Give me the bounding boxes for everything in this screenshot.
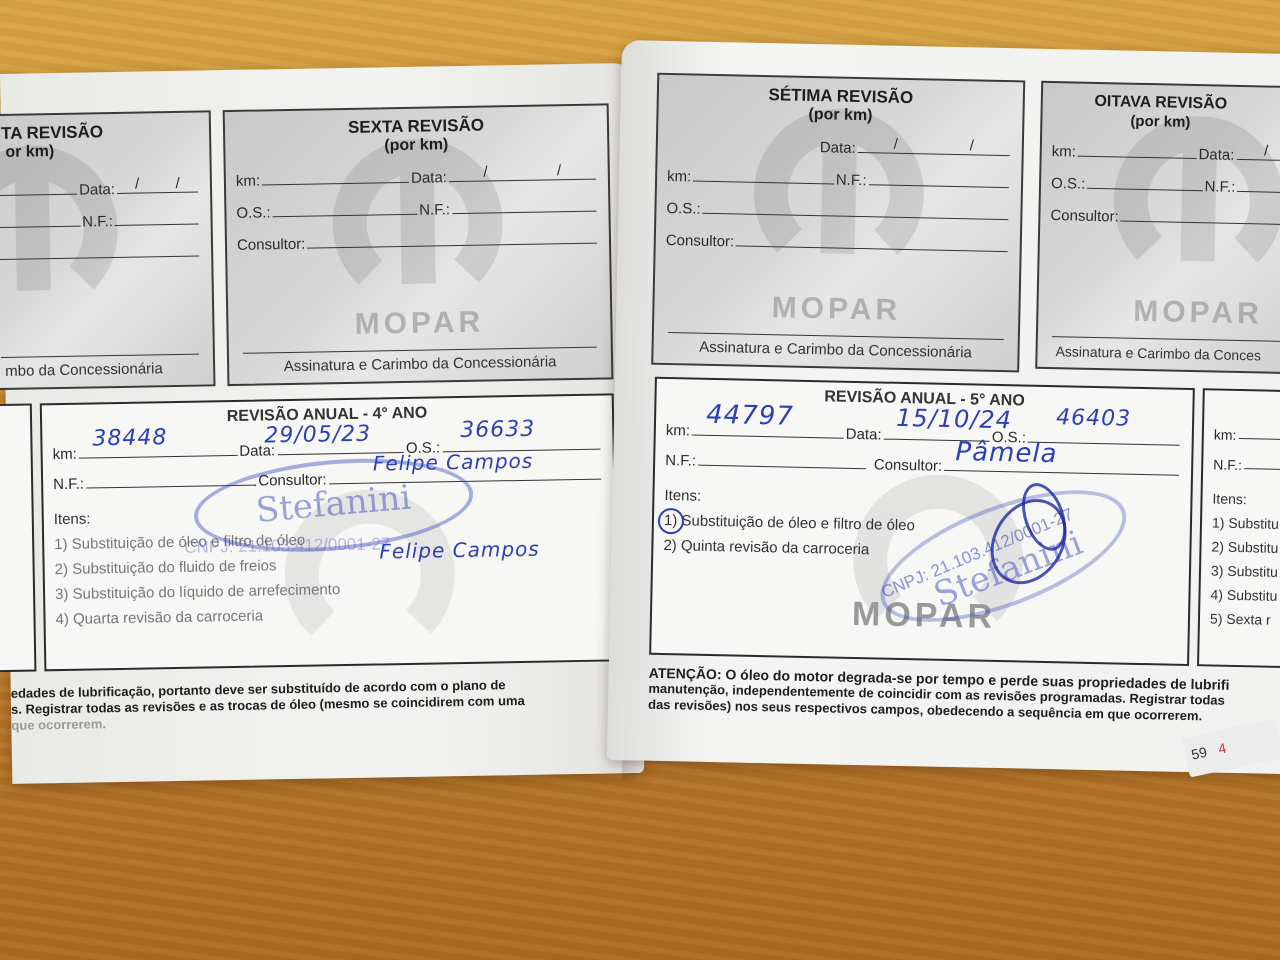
signature-label: Assinatura e Carimbo da Concessionária: [229, 352, 611, 376]
nf-row: N.F.:: [0, 197, 201, 233]
attention-notice: ATENÇÃO: O óleo do motor degrada-se por …: [648, 665, 1280, 726]
nf-row: N.F.:: [1213, 442, 1280, 474]
data-field[interactable]: //: [117, 175, 198, 194]
nf-field[interactable]: [1244, 451, 1280, 470]
signature-line: [1, 354, 199, 358]
os-label: O.S.:: [236, 204, 270, 222]
stamp-cnpj: CNPJ: 21.103.412/0001-27: [184, 534, 390, 558]
consultor-row: Consultor:: [1050, 192, 1280, 229]
consultor-field[interactable]: [1121, 203, 1280, 225]
km-field[interactable]: [1238, 421, 1280, 440]
nf-label: N.F.:: [1213, 456, 1242, 473]
nf-label: N.F.:: [53, 476, 84, 494]
km-row: km:: [1214, 412, 1280, 444]
signature-label: Assinatura e Carimbo da Conces: [1037, 343, 1280, 365]
data-field[interactable]: //: [449, 162, 596, 183]
os-field[interactable]: [1087, 171, 1203, 191]
handwritten-km: 38448: [92, 425, 167, 451]
mopar-wordmark: MOPAR: [771, 291, 901, 328]
os-field[interactable]: [272, 197, 417, 218]
consultor-label: Consultor:: [237, 236, 306, 254]
stamp-name: Stefanini: [254, 478, 412, 531]
left-page: TA REVISÃO or km) Data: // N.F.: mbo da …: [0, 63, 644, 784]
revision-card-eighth: MOPAR OITAVA REVISÃO (por km) km: Data: …: [1035, 81, 1280, 375]
mopar-wordmark: MOPAR: [1133, 295, 1263, 332]
consultor-row: [0, 229, 201, 265]
nf-label: N.F.:: [665, 452, 696, 470]
handwritten-km: 44797: [706, 400, 794, 432]
km-field[interactable]: [693, 164, 834, 185]
signature-label: mbo da Concessionária: [0, 359, 213, 380]
annual-revision-6th-year-partial: km: N.F.: Itens: 1) Substitu 2) Substitu…: [1197, 388, 1280, 668]
data-field[interactable]: /: [1236, 142, 1280, 161]
data-row: Data: //: [0, 165, 200, 201]
consultor-field[interactable]: [736, 228, 1008, 252]
handwritten-os: 36633: [460, 417, 535, 443]
km-field[interactable]: [262, 165, 409, 186]
km-label: km:: [236, 172, 260, 189]
km-data-row: km: Data: /: [1052, 128, 1280, 165]
item-3: 3) Substitu: [1211, 562, 1280, 580]
handwritten-consultor: Felipe Campos: [373, 449, 534, 476]
km-label: km:: [53, 446, 77, 463]
os-field[interactable]: [703, 196, 1009, 220]
data-label: Data:: [1198, 146, 1234, 164]
handwritten-date: 29/05/23: [264, 422, 371, 449]
revision-card-sixth: MOPAR SEXTA REVISÃO (por km) km: Data: /…: [223, 103, 614, 386]
right-page: MOPAR SÉTIMA REVISÃO (por km) Data: // k…: [607, 40, 1280, 774]
nf-field[interactable]: [452, 194, 597, 215]
consultor-label: Consultor:: [666, 232, 735, 250]
page-tab-mark: 4: [1217, 740, 1228, 757]
page-tab-number: 59: [1190, 744, 1209, 763]
item-2: 2) Substitu: [1211, 538, 1280, 556]
item-circle-mark: [658, 508, 685, 535]
km-label: km:: [666, 422, 691, 440]
annual-revision-4th-year: REVISÃO ANUAL - 4° ANO km: Data: O.S.: N…: [40, 393, 619, 671]
item-1: 1) Substitu: [1212, 514, 1280, 532]
handwritten-date: 15/10/24: [896, 404, 1012, 434]
signature-line: [1052, 336, 1280, 342]
nf-field[interactable]: [869, 167, 1010, 188]
consultor-label: Consultor:: [1050, 207, 1119, 225]
km-label: km:: [667, 168, 692, 186]
consultor-row: Consultor:: [666, 217, 1011, 256]
data-field[interactable]: //: [858, 135, 1010, 156]
nf-label: N.F.:: [836, 172, 867, 190]
mopar-wordmark: MOPAR: [354, 306, 484, 342]
nf-field[interactable]: [698, 448, 866, 470]
consultor-row: Consultor:: [237, 216, 600, 254]
os-label: O.S.:: [1051, 175, 1086, 193]
items-label: Itens:: [1212, 490, 1280, 508]
handwritten-consultor: Pâmela: [955, 437, 1058, 469]
km-label: km:: [1214, 426, 1237, 442]
consultor-field[interactable]: [307, 226, 597, 249]
nf-label: N.F.:: [82, 213, 113, 231]
os-nf-row: O.S.: N.F.:: [1051, 160, 1280, 197]
item-5: 5) Sexta r: [1210, 610, 1280, 628]
revision-card-fifth: TA REVISÃO or km) Data: // N.F.: mbo da …: [0, 110, 215, 390]
annual-revision-5th-year: MOPAR REVISÃO ANUAL - 5° ANO km: Data: O…: [649, 377, 1195, 666]
consultor-label: Consultor:: [874, 456, 943, 474]
km-label: km:: [1052, 143, 1077, 161]
card-subtitle: or km): [0, 140, 210, 162]
handwritten-os: 46403: [1056, 405, 1132, 432]
nf-field[interactable]: [115, 207, 199, 226]
nf-field[interactable]: [1237, 174, 1280, 193]
attention-notice-left: edades de lubrificação, portanto deve se…: [11, 675, 612, 733]
nf-label: N.F.:: [419, 201, 450, 219]
data-label: Data:: [820, 139, 856, 157]
os-label: O.S.:: [666, 200, 701, 218]
annual-revision-partial-left: [0, 403, 36, 672]
handwritten-annotation: Felipe Campos: [379, 537, 540, 564]
data-label: Data:: [411, 169, 447, 187]
revision-card-seventh: MOPAR SÉTIMA REVISÃO (por km) Data: // k…: [651, 73, 1025, 373]
km-field[interactable]: [1078, 139, 1197, 159]
data-label: Data:: [846, 426, 882, 444]
item-4: 4) Substitu: [1210, 586, 1280, 604]
consultor-field[interactable]: [0, 239, 199, 261]
nf-label: N.F.:: [1204, 178, 1235, 196]
data-label: Data:: [79, 181, 115, 199]
signature-label: Assinatura e Carimbo da Concessionária: [653, 338, 1017, 363]
